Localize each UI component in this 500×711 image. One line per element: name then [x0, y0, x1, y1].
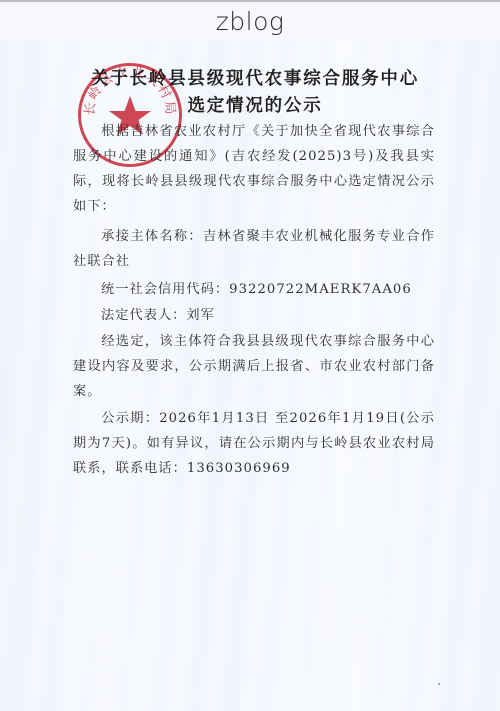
scan-speck — [438, 683, 440, 685]
site-title-link[interactable]: zblog — [216, 9, 285, 34]
credit-code-text: 统一社会信用代码：93220722MAERK7AA06 — [101, 282, 412, 297]
intro-text: 根据吉林省农业农村厅《关于加快全省现代农事综合服务中心建设的通知》(吉农经发(2… — [73, 124, 435, 214]
entity-name-text: 承接主体名称：吉林省聚丰农业机械化服务专业合作社联合社 — [73, 229, 435, 269]
legal-rep-text: 法定代表人：刘军 — [101, 308, 215, 323]
legal-rep-paragraph: 法定代表人：刘军 — [73, 303, 435, 328]
selection-result-paragraph: 经选定，该主体符合我县县级现代农事综合服务中心建设内容及要求，公示期满后上报省、… — [73, 329, 435, 404]
site-header: zblog — [0, 2, 500, 40]
credit-code-paragraph: 统一社会信用代码：93220722MAERK7AA06 — [73, 277, 435, 302]
publicity-period-paragraph: 公示期：2026年1月13日 至2026年1月19日(公示期为7天)。如有异议，… — [73, 406, 435, 481]
intro-paragraph: 根据吉林省农业农村厅《关于加快全省现代农事综合服务中心建设的通知》(吉农经发(2… — [73, 119, 435, 219]
entity-name-paragraph: 承接主体名称：吉林省聚丰农业机械化服务专业合作社联合社 — [73, 224, 435, 274]
document-title-line-2: 选定情况的公示 — [0, 95, 500, 117]
publicity-period-text: 公示期：2026年1月13日 至2026年1月19日(公示期为7天)。如有异议，… — [73, 411, 435, 476]
document-title-line-1: 关于长岭县县级现代农事综合服务中心 — [0, 68, 500, 90]
selection-result-text: 经选定，该主体符合我县县级现代农事综合服务中心建设内容及要求，公示期满后上报省、… — [73, 334, 435, 399]
document-page: 长岭县农业农村局 关于长岭县县级现代农事综合服务中心 选定情况的公示 根据吉林省… — [0, 40, 500, 711]
